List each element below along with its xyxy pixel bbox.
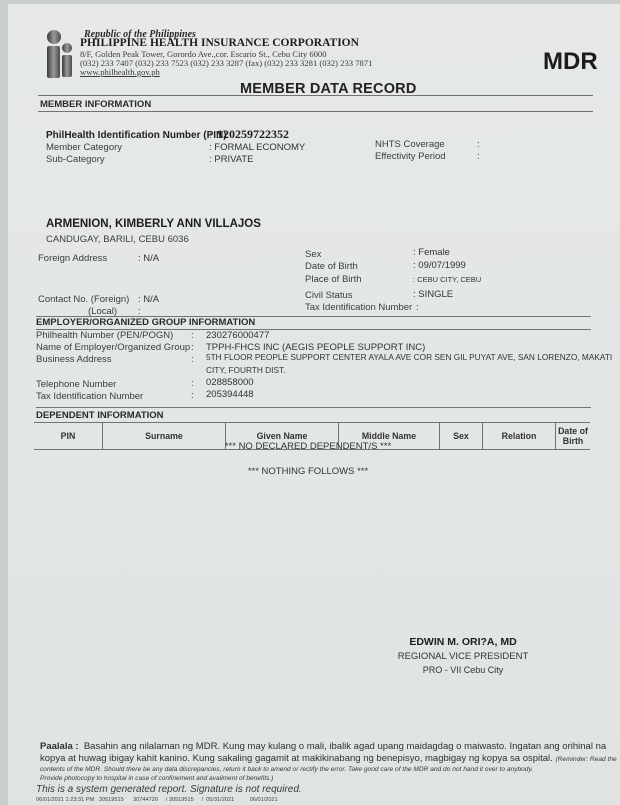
civil-status-value: SINGLE (418, 289, 453, 300)
sex-value: Female (418, 247, 450, 258)
effectivity-period-label: Effectivity Period (375, 151, 446, 162)
sex-label: Sex (305, 249, 321, 260)
sub-category-label: Sub-Category (46, 154, 105, 165)
member-address: CANDUGAY, BARILI, CEBU 6036 (46, 234, 189, 245)
contact-foreign-value: N/A (143, 294, 159, 305)
pin-value: 120259722352 (217, 127, 289, 142)
reminder-label: Paalala : (40, 741, 79, 752)
section-dependent-information: DEPENDENT INFORMATION (36, 410, 164, 421)
reminder-english-line2: contents of the MDR. Should there be any… (40, 766, 533, 773)
header-corporation-name: PHILIPPINE HEALTH INSURANCE CORPORATION (80, 37, 359, 49)
member-name: ARMENION, KIMBERLY ANN VILLAJOS (46, 218, 261, 230)
philhealth-logo-icon (45, 28, 75, 80)
document-code: MDR (543, 48, 598, 76)
employer-tin-label: Tax Identification Number (36, 391, 143, 402)
employer-name-label: Name of Employer/Organized Group (36, 342, 190, 353)
nhts-coverage-label: NHTS Coverage (375, 139, 445, 150)
date-of-birth-label: Date of Birth (305, 261, 358, 272)
place-of-birth-label: Place of Birth (305, 274, 362, 285)
member-tin-label: Tax Identification Number (305, 302, 412, 313)
sub-category-value: PRIVATE (214, 154, 253, 165)
signatory-position: REGIONAL VICE PRESIDENT (368, 651, 558, 662)
civil-status-label: Civil Status (305, 290, 353, 301)
business-address-label: Business Address (36, 354, 112, 365)
section-employer-information: EMPLOYER/ORGANIZED GROUP INFORMATION (36, 317, 255, 328)
reminder-english-line3: Provide photocopy to hospital in case of… (40, 775, 274, 782)
date-of-birth-value: 09/07/1999 (418, 260, 466, 271)
member-category-label: Member Category (46, 142, 122, 153)
contact-foreign-label: Contact No. (Foreign) (38, 294, 129, 305)
employer-tin-value: 205394448 (206, 389, 254, 400)
header-website-link[interactable]: www.philhealth.gov.ph (80, 67, 160, 77)
business-address-line1: 5TH FLOOR PEOPLE SUPPORT CENTER AYALA AV… (206, 352, 612, 362)
divider (38, 111, 593, 112)
divider (36, 407, 591, 408)
nothing-follows-message: *** NOTHING FOLLOWS *** (8, 466, 608, 477)
member-category-value: FORMAL ECONOMY (214, 142, 305, 153)
foreign-address-label: Foreign Address (38, 253, 107, 264)
signatory-office: PRO - VII Cebu City (368, 665, 558, 675)
pen-label: Philhealth Number (PEN/POGN) (36, 330, 173, 341)
foreign-address-value: N/A (143, 253, 159, 264)
colon: : (209, 130, 212, 141)
reminder-tagalog-line2: kopya at huwag ibigay kahit kanino. Kung… (40, 753, 617, 764)
pen-value: 230276000477 (206, 330, 269, 341)
employer-telephone-label: Telephone Number (36, 379, 116, 390)
business-address-line2: CITY, FOURTH DIST. (206, 365, 285, 375)
employer-telephone-value: 028858000 (206, 377, 254, 388)
pin-label: PhilHealth Identification Number (PIN) (46, 130, 227, 141)
member-data-record-page: Republic of the Philippines PHILIPPINE H… (8, 4, 620, 805)
page-title: MEMBER DATA RECORD (240, 81, 417, 97)
section-member-information: MEMBER INFORMATION (40, 99, 151, 110)
reminder-tagalog-line1: Paalala : Basahin ang nilalaman ng MDR. … (40, 741, 606, 752)
print-stamp: 06/01/2021 1:23:31 PM 30519515 30744720 … (36, 797, 278, 803)
signatory-name: EDWIN M. ORI?A, MD (368, 636, 558, 648)
no-dependents-message: *** NO DECLARED DEPENDENT/S *** (8, 441, 608, 452)
place-of-birth-value: CEBU CITY, CEBU (417, 275, 481, 284)
system-generated-notice: This is a system generated report. Signa… (36, 784, 302, 795)
